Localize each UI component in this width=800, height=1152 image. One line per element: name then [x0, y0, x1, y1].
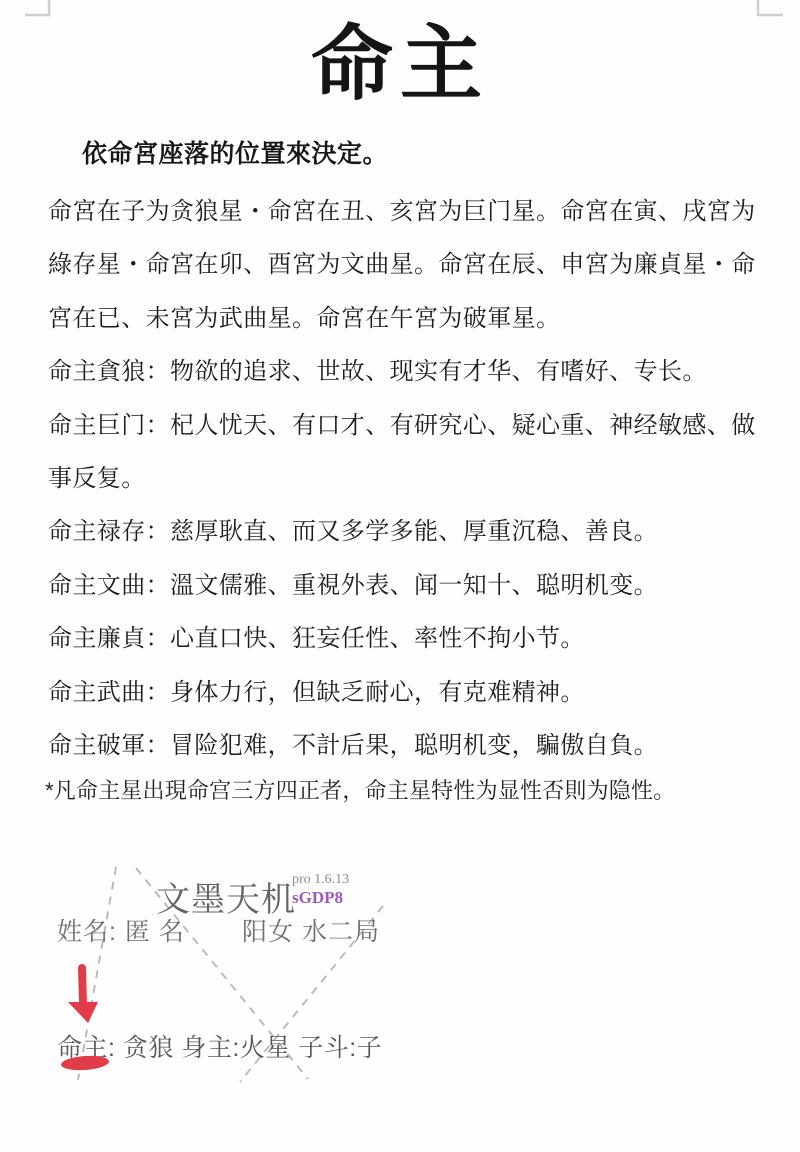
document-page: 命主 依命宮座落的位置來決定。 命宮在子为贪狼星・命宮在丑、亥宮为巨门星。命宮在… — [0, 0, 800, 1152]
highlight-oval-icon — [61, 1054, 110, 1071]
down-arrow-icon — [68, 968, 98, 1023]
annotation-layer — [0, 0, 800, 1152]
